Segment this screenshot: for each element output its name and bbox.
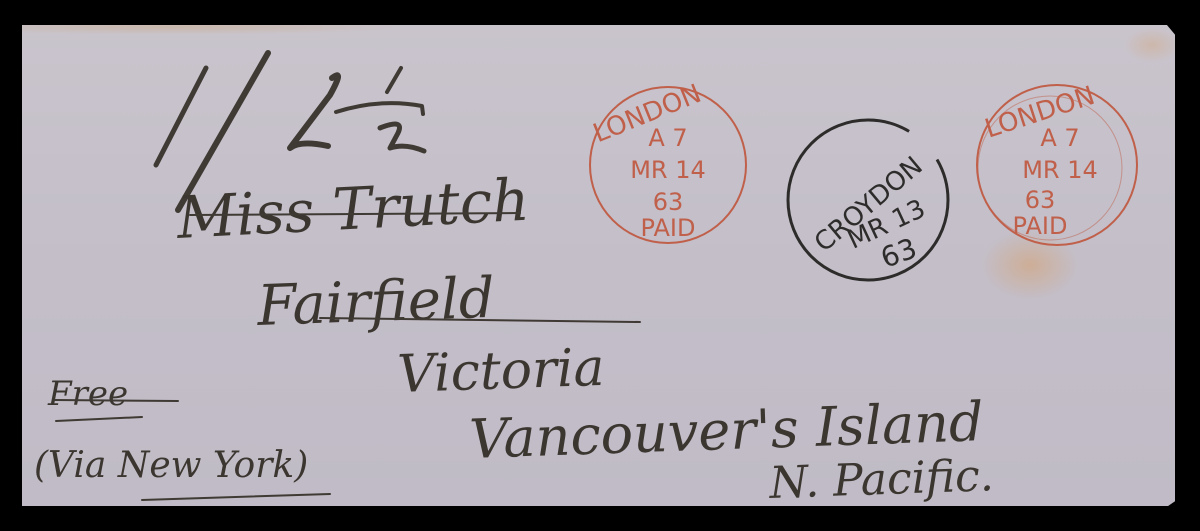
postmark-status: PAID: [641, 214, 696, 242]
london-paid-postmark-1: LONDON A 7 MR 14 63 PAID: [589, 79, 746, 243]
routing-instructions: Free (Via New York): [34, 374, 330, 500]
postmark-code: A 7: [1040, 124, 1079, 152]
postmark-code: A 7: [648, 124, 687, 152]
postmark-date: MR 14: [630, 156, 706, 184]
croydon-postmark: CROYDON MR 13 63: [788, 120, 948, 280]
address-line-2: Fairfield: [255, 266, 495, 339]
address-line-3: Victoria: [396, 338, 605, 405]
envelope-markings: Miss Trutch Fairfield Victoria Vancouver…: [0, 0, 1200, 531]
address-line-5: N. Pacific.: [768, 450, 995, 509]
via-route-label: (Via New York): [34, 445, 308, 486]
postmark-year: 63: [653, 188, 684, 216]
postmark-year: 63: [1025, 186, 1056, 214]
address-line-1: Miss Trutch: [174, 166, 531, 252]
london-paid-postmark-2: LONDON A 7 MR 14 63 PAID: [977, 81, 1137, 245]
free-label: Free: [47, 374, 128, 414]
postmark-status: PAID: [1013, 212, 1068, 240]
postmark-date: MR 14: [1022, 156, 1098, 184]
